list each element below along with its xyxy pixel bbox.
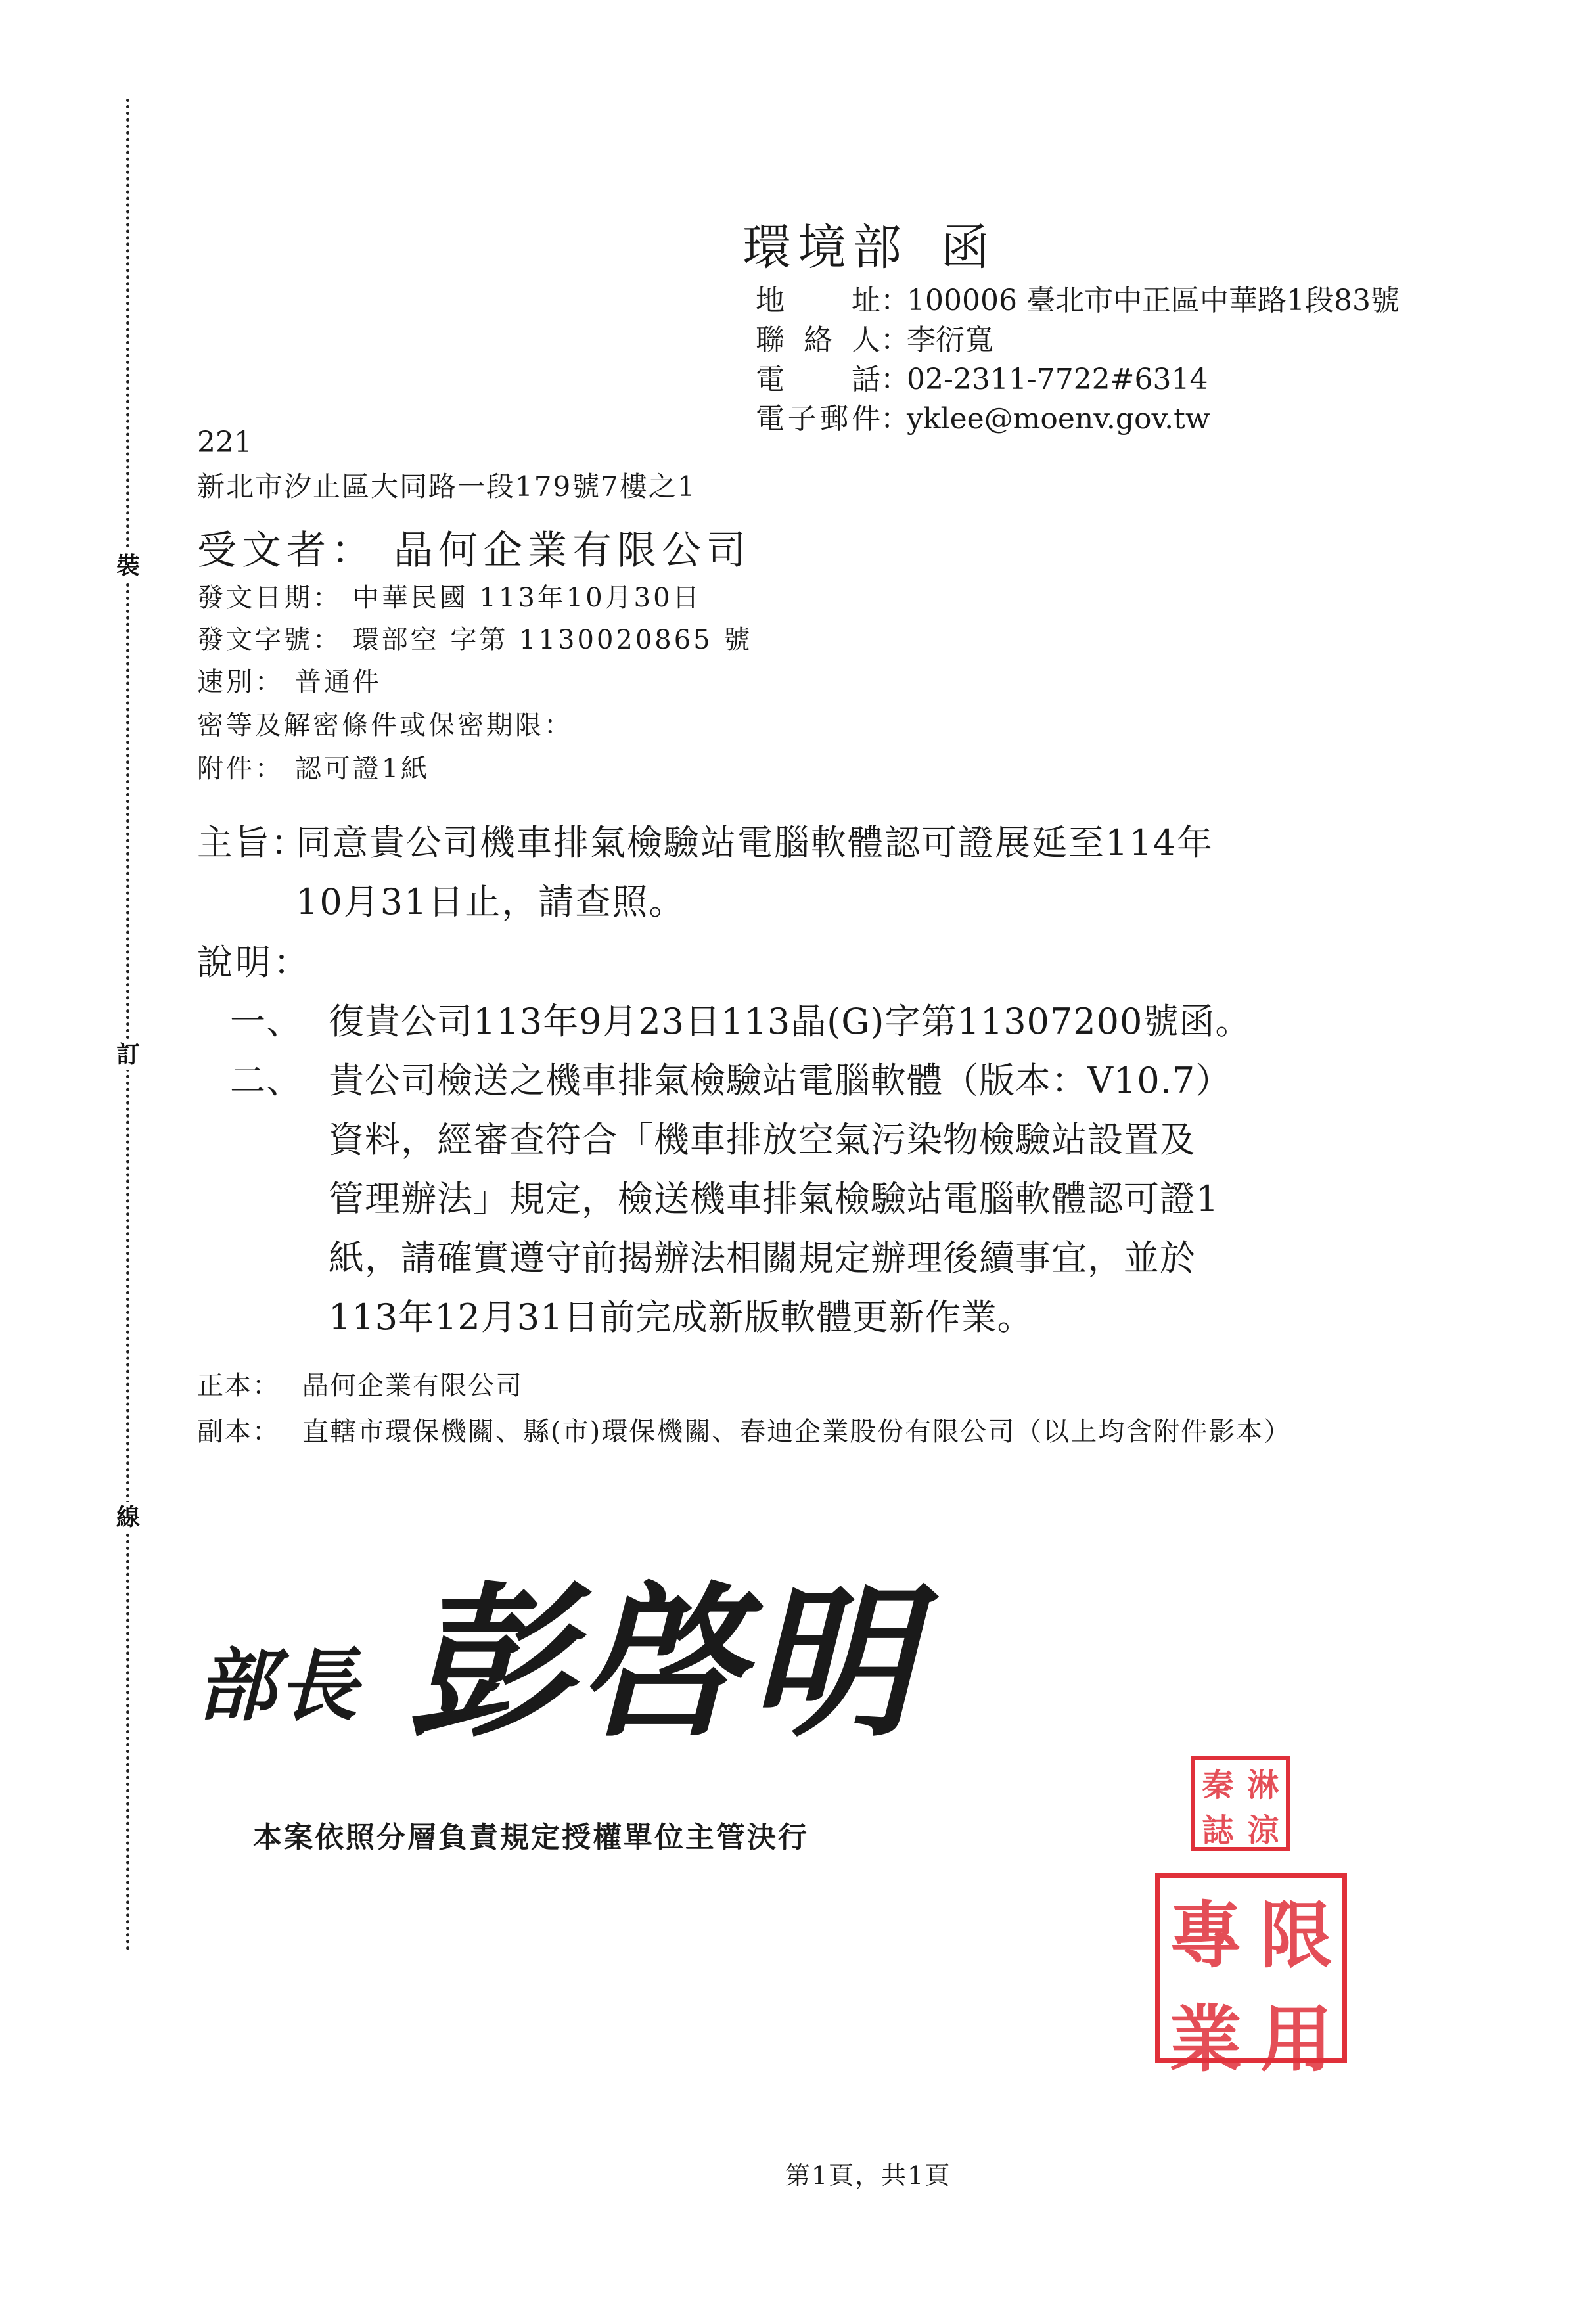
recipient: 受文者： 晶何企業有限公司 — [197, 519, 751, 576]
attachment-value: 認可證1紙 — [295, 754, 430, 784]
recipient-address: 新北市汐止區大同路一段179號7樓之1 — [197, 465, 696, 505]
binding-char-xian: 線 — [113, 1502, 143, 1532]
copy-label: 副本： — [197, 1413, 280, 1451]
document-number: 發文字號： 環部空 字第 1130020865 號 — [197, 619, 752, 656]
attachment-label: 附件： — [197, 754, 284, 784]
contact-address-row: 地址 ： 100006 臺北市中正區中華路1段83號 — [756, 281, 1400, 321]
secrecy-level: 密等及解密條件或保密期限： — [197, 704, 573, 742]
signatory-name: 彭啓明 — [407, 1570, 920, 1754]
secrecy-level-label: 密等及解密條件或保密期限： — [197, 710, 573, 741]
copy-value: 直轄市環保機關、縣(市)環保機關、春迪企業股份有限公司（以上均含附件影本） — [302, 1413, 1432, 1451]
contact-person-label: 聯絡人 — [756, 321, 880, 360]
contact-address-label: 地址 — [756, 281, 880, 321]
issue-date-label: 發文日期： — [197, 583, 342, 613]
binding-char-zhuang: 裝 — [113, 551, 143, 581]
explanation-item-2: 二、 貴公司檢送之機車排氣檢驗站電腦軟體（版本：V10.7） 資料，經審查符合「… — [230, 1051, 1432, 1347]
document-type: 函 — [941, 219, 996, 276]
official-seal-large: 專 限 業 用 — [1155, 1873, 1347, 2063]
original-value: 晶何企業有限公司 — [302, 1367, 1432, 1405]
contact-email-row: 電子郵件 ： yklee@moenv.gov.tw — [756, 399, 1400, 439]
delivery-speed-label: 速別： — [197, 667, 284, 697]
issue-date-value: 中華民國 113年10月30日 — [353, 583, 702, 613]
item-number: 二、 — [230, 1051, 302, 1110]
recipient-postcode: 221 — [197, 426, 252, 459]
subject-text: 同意貴公司機車排氣檢驗站電腦軟體認可證展延至114年 10月31日止，請查照。 — [296, 813, 1446, 932]
copy-recipients: 副本： 直轄市環保機關、縣(市)環保機關、春迪企業股份有限公司（以上均含附件影本… — [197, 1413, 1432, 1451]
issue-date: 發文日期： 中華民國 113年10月30日 — [197, 577, 702, 614]
explanation-label: 說明： — [197, 934, 311, 985]
official-seal-small: 秦 淋 誌 涼 — [1191, 1756, 1290, 1851]
attachment: 附件： 認可證1紙 — [197, 748, 430, 785]
item-number: 一、 — [230, 992, 302, 1051]
document-number-label: 發文字號： — [197, 625, 342, 655]
recipient-name: 晶何企業有限公司 — [394, 528, 751, 574]
contact-block: 地址 ： 100006 臺北市中正區中華路1段83號 聯絡人 ： 李衍寬 電話 … — [756, 281, 1400, 439]
delivery-speed-value: 普通件 — [295, 667, 382, 697]
recipient-label: 受文者： — [197, 528, 376, 574]
subject-label: 主旨： — [197, 813, 308, 873]
explanation-item-1: 一、 復貴公司113年9月23日113晶(G)字第11307200號函。 — [230, 992, 1432, 1051]
delegation-note: 本案依照分層負責規定授權單位主管決行 — [253, 1814, 809, 1856]
document-title: 環境部函 — [742, 209, 996, 279]
original-recipient: 正本： 晶何企業有限公司 — [197, 1367, 1432, 1405]
contact-phone-row: 電話 ： 02-2311-7722#6314 — [756, 360, 1400, 399]
contact-person-row: 聯絡人 ： 李衍寬 — [756, 321, 1400, 360]
document-number-value: 環部空 字第 1130020865 號 — [353, 625, 753, 655]
contact-phone-value: 02-2311-7722#6314 — [907, 360, 1208, 399]
contact-email-label: 電子郵件 — [756, 399, 880, 439]
contact-address-value: 100006 臺北市中正區中華路1段83號 — [907, 281, 1400, 321]
contact-person-value: 李衍寬 — [907, 321, 993, 360]
contact-phone-label: 電話 — [756, 360, 880, 399]
page-indicator: 第1頁，共1頁 — [785, 2155, 951, 2191]
original-label: 正本： — [197, 1367, 280, 1405]
agency-name: 環境部 — [742, 219, 908, 276]
binding-line — [126, 99, 129, 1951]
delivery-speed: 速別： 普通件 — [197, 661, 382, 698]
subject: 主旨： 同意貴公司機車排氣檢驗站電腦軟體認可證展延至114年 10月31日止，請… — [197, 813, 1446, 932]
binding-char-ding: 訂 — [113, 1039, 143, 1070]
signatory-title: 部長 — [197, 1623, 360, 1736]
contact-email-value: yklee@moenv.gov.tw — [907, 399, 1210, 439]
